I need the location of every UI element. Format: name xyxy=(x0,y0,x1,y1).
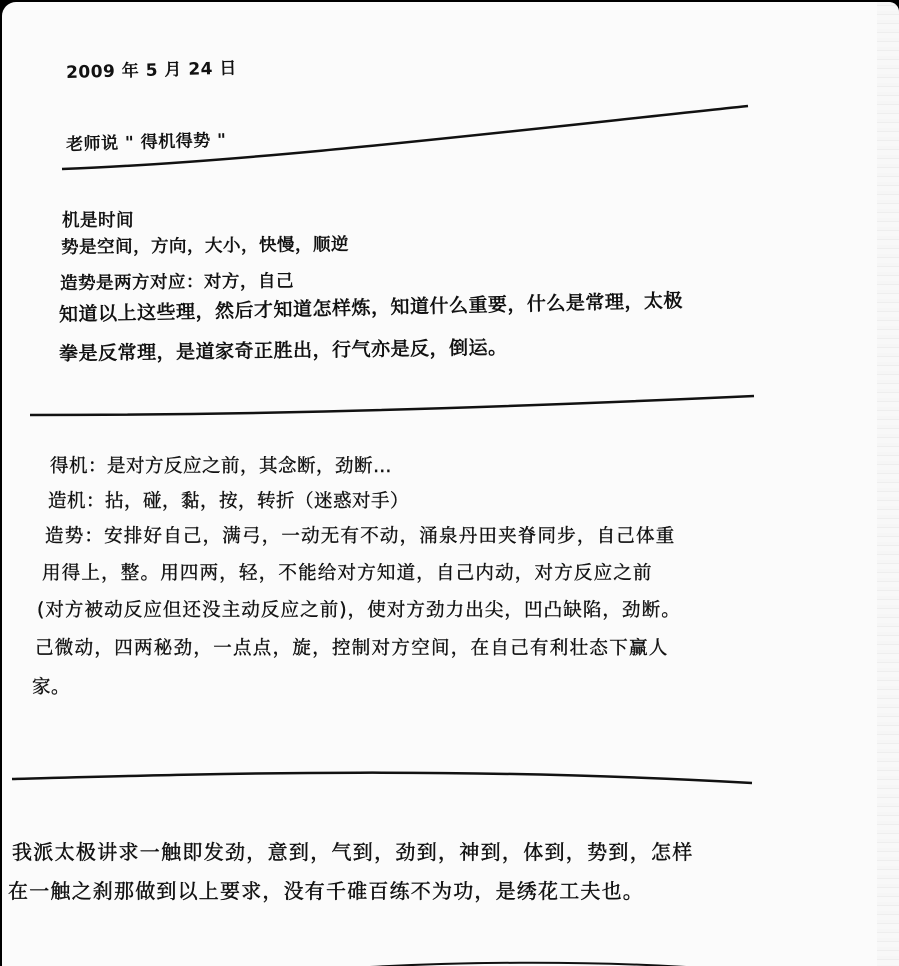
section2-line: 家。 xyxy=(32,673,70,699)
section2-line: (对方被动反应但还没主动反应之前)，使对方劲力出尖，凹凸缺陷，劲断。 xyxy=(37,596,681,622)
divider-section1 xyxy=(30,396,754,415)
divider-section2 xyxy=(12,773,752,783)
section3-line: 我派太极讲求一触即发劲，意到，气到，劲到，神到，体到，势到，怎样 xyxy=(12,836,694,865)
section1-line: 势是空间，方向，大小，快慢，顺逆 xyxy=(61,231,349,259)
scanned-page: 2009 年 5 月 24 日 老师说 " 得机得势 " 机是时间 势是空间，方… xyxy=(2,2,899,966)
section2-line: 造势：安排好自己，满弓，一动无有不动，涌泉丹田夹脊同步，自己体重 xyxy=(45,522,675,548)
section2-line: 造机：拈，碰，黏，按，转折（迷惑对手） xyxy=(48,487,409,513)
section1-line: 造势是两方对应：对方，自己 xyxy=(60,268,294,295)
section2-line: 用得上，整。用四两，轻，不能给对方知道，自己内动，对方反应之前 xyxy=(42,559,653,585)
divider-heading xyxy=(62,106,748,169)
divider-lines xyxy=(2,2,899,966)
section1-line: 机是时间 xyxy=(62,207,134,232)
section2-line: 己微动，四两秘劲，一点点，旋，控制对方空间，在自己有利壮态下赢人 xyxy=(35,634,669,660)
section2-line: 得机：是对方反应之前，其念断，劲断… xyxy=(50,452,392,478)
section3-line: 在一触之刹那做到以上要求，没有千碓百练不为功，是绣花工夫也。 xyxy=(8,875,644,904)
